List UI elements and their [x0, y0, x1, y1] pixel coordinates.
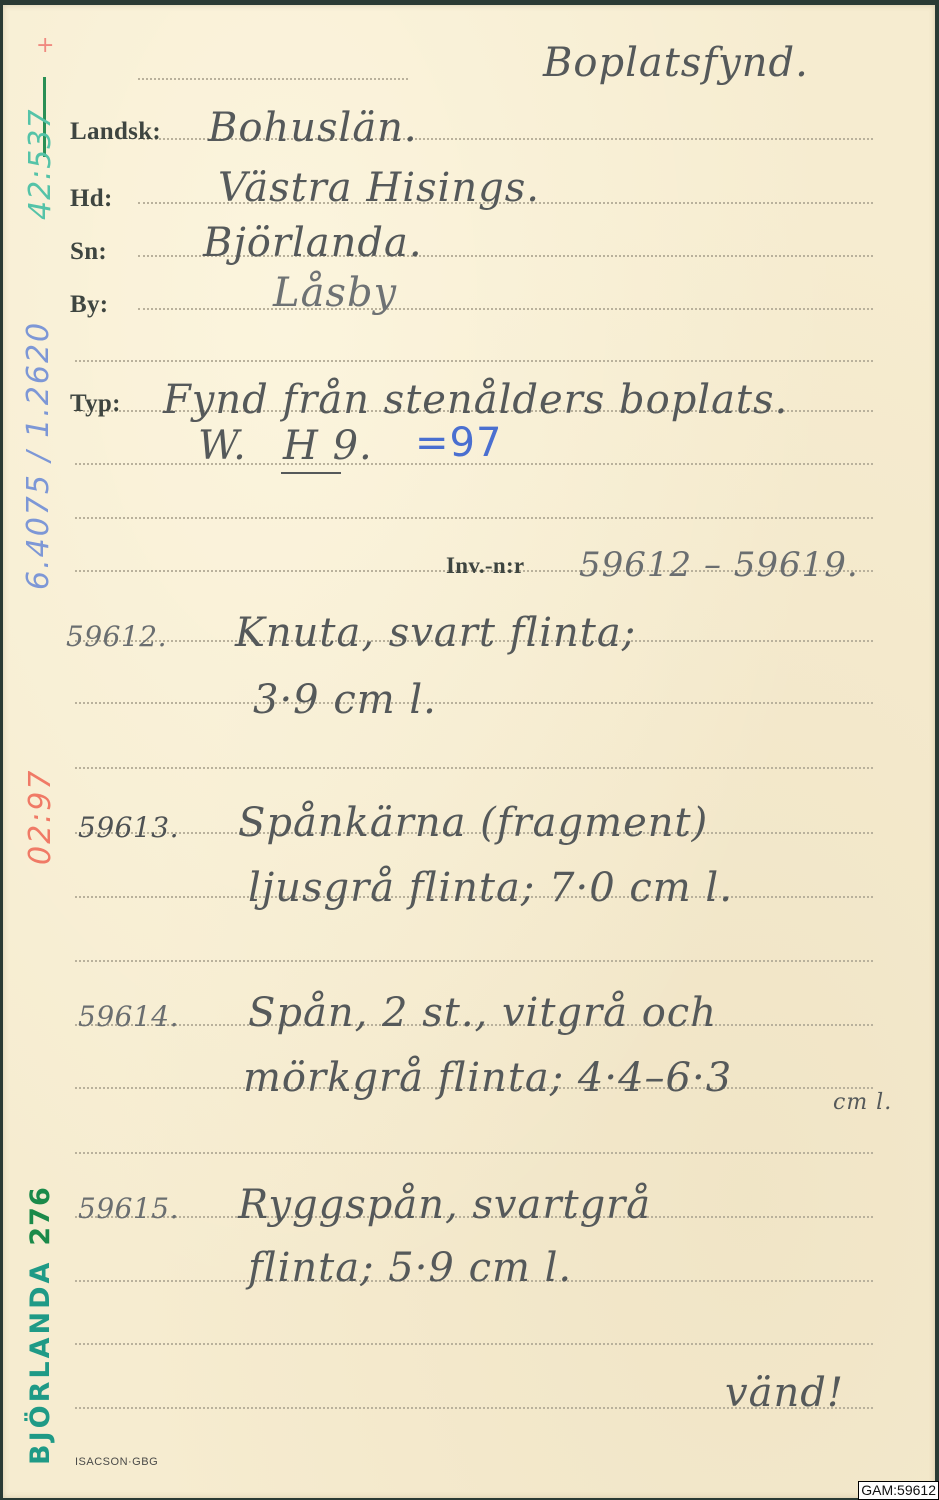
entry-line2-sub: cm l.	[833, 1090, 892, 1115]
entry-line1: Spånkärna (fragment)	[238, 800, 708, 846]
field-label-hd: Hd:	[70, 185, 113, 213]
field-value-sn: Björlanda.	[203, 220, 423, 266]
ruled-line	[75, 767, 873, 769]
typ-underlined: H 9.	[283, 423, 373, 469]
field-label-sn: Sn:	[70, 238, 107, 266]
entry-number: 59612.	[66, 620, 167, 653]
ruled-line	[75, 360, 873, 362]
stamp-number: 276	[25, 1186, 56, 1245]
ruled-line	[75, 1152, 873, 1154]
typ-prefix: W.	[198, 423, 247, 469]
printer-mark: ISACSON·GBG	[75, 1456, 158, 1468]
field-label-landsk: Landsk:	[70, 118, 161, 146]
catalog-id-tag: GAM:59612	[858, 1481, 939, 1500]
field-value-by: Låsby	[273, 270, 397, 316]
green-pencil-annotation: 42:537	[23, 108, 58, 220]
ruled-line	[75, 1343, 873, 1345]
red-pencil-annotation: 02:97	[23, 769, 58, 865]
entry-number: 59614.	[78, 1000, 179, 1033]
stamp-text: BJÖRLANDA	[25, 1260, 56, 1465]
ruled-line	[75, 702, 873, 704]
card-heading: Boplatsfynd.	[543, 40, 809, 86]
blue-pencil-annotation: 6.4075 / 1.2620	[21, 321, 56, 590]
ruled-line	[138, 308, 873, 310]
entry-line1: Ryggspån, svartgrå	[238, 1182, 651, 1228]
entry-line2: ljusgrå flinta; 7·0 cm l.	[248, 865, 733, 911]
typ-blue-number: =97	[415, 420, 502, 466]
entry-line2: mörkgrå flinta; 4·4–6·3	[243, 1055, 732, 1101]
ruled-line	[75, 517, 873, 519]
typ-underline	[281, 472, 341, 474]
turn-over-note: vänd!	[725, 1370, 844, 1416]
field-value-typ: Fynd från stenålders boplats.	[163, 377, 788, 423]
parish-stamp: BJÖRLANDA276	[25, 1186, 56, 1465]
entry-number: 59613.	[78, 811, 179, 844]
entry-line2: 3·9 cm l.	[253, 677, 437, 723]
catalog-card: Boplatsfynd. Landsk: Hd: Sn: By: Typ: Bo…	[3, 5, 935, 1498]
red-cross-mark: +	[36, 33, 54, 58]
entry-number: 59615.	[78, 1192, 179, 1225]
entry-line1: Spån, 2 st., vitgrå och	[248, 990, 717, 1036]
field-value-hd: Västra Hisings.	[218, 165, 540, 211]
inventory-value: 59612 – 59619.	[579, 545, 859, 585]
field-label-by: By:	[70, 291, 108, 319]
field-label-typ: Typ:	[70, 390, 121, 418]
ruled-line	[75, 960, 873, 962]
inventory-label: Inv.-n:r	[446, 553, 524, 579]
ruled-line	[138, 78, 408, 80]
field-value-landsk: Bohuslän.	[208, 105, 418, 151]
entry-line1: Knuta, svart flinta;	[235, 610, 636, 656]
entry-line2: flinta; 5·9 cm l.	[248, 1245, 572, 1291]
